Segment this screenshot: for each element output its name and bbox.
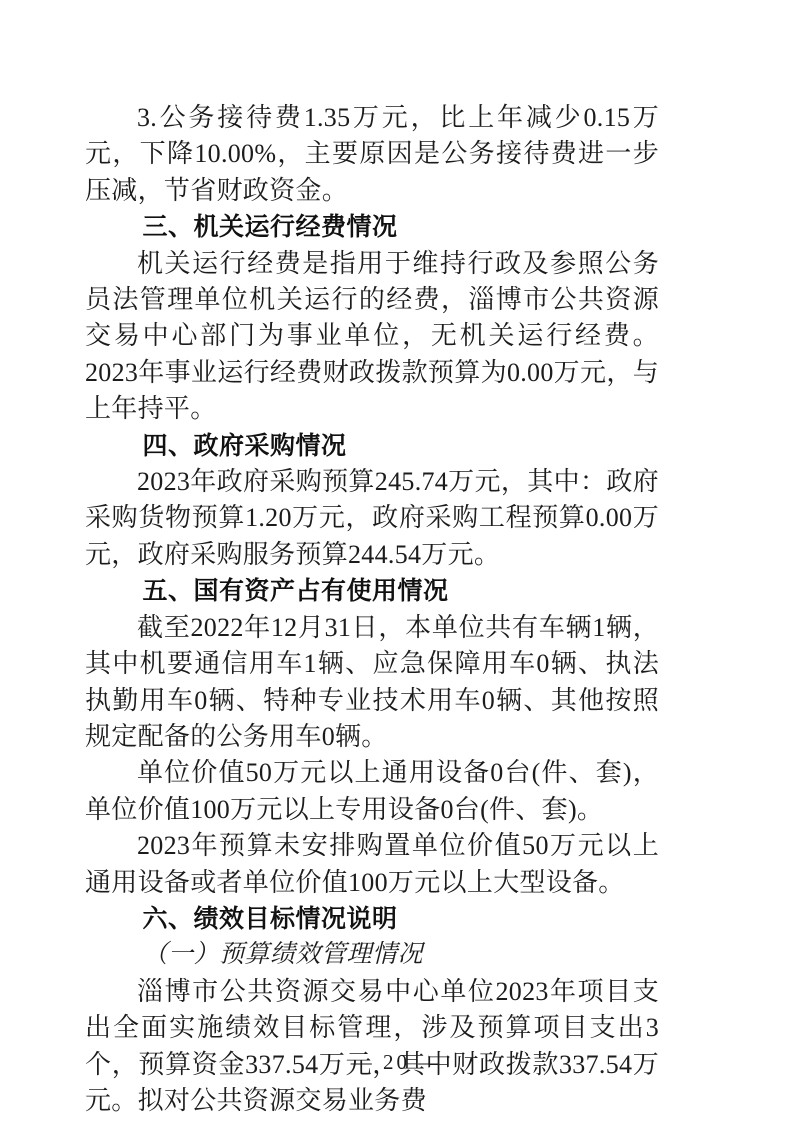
body-paragraph: 3.公务接待费1.35万元，比上年减少0.15万元，下降10.00%，主要原因是… xyxy=(85,100,659,209)
section-heading: 四、政府采购情况 xyxy=(85,428,659,464)
page-number: — 20 — xyxy=(0,1050,793,1075)
subsection-heading: （一）预算绩效管理情况 xyxy=(85,937,659,973)
document-page: 3.公务接待费1.35万元，比上年减少0.15万元，下降10.00%，主要原因是… xyxy=(0,0,793,1122)
section-heading: 六、绩效目标情况说明 xyxy=(85,901,659,937)
section-heading: 三、机关运行经费情况 xyxy=(85,209,659,245)
body-paragraph: 截至2022年12月31日，本单位共有车辆1辆，其中机要通信用车1辆、应急保障用… xyxy=(85,610,659,756)
section-heading: 五、国有资产占有使用情况 xyxy=(85,573,659,609)
body-paragraph: 淄博市公共资源交易中心单位2023年项目支出全面实施绩效目标管理，涉及预算项目支… xyxy=(85,974,659,1120)
document-body: 3.公务接待费1.35万元，比上年减少0.15万元，下降10.00%，主要原因是… xyxy=(85,100,659,1119)
body-paragraph: 机关运行经费是指用于维持行政及参照公务员法管理单位机关运行的经费，淄博市公共资源… xyxy=(85,246,659,428)
body-paragraph: 2023年政府采购预算245.74万元，其中：政府采购货物预算1.20万元，政府… xyxy=(85,464,659,573)
body-paragraph: 单位价值50万元以上通用设备0台(件、套)，单位价值100万元以上专用设备0台(… xyxy=(85,755,659,828)
body-paragraph: 2023年预算未安排购置单位价值50万元以上通用设备或者单位价值100万元以上大… xyxy=(85,828,659,901)
